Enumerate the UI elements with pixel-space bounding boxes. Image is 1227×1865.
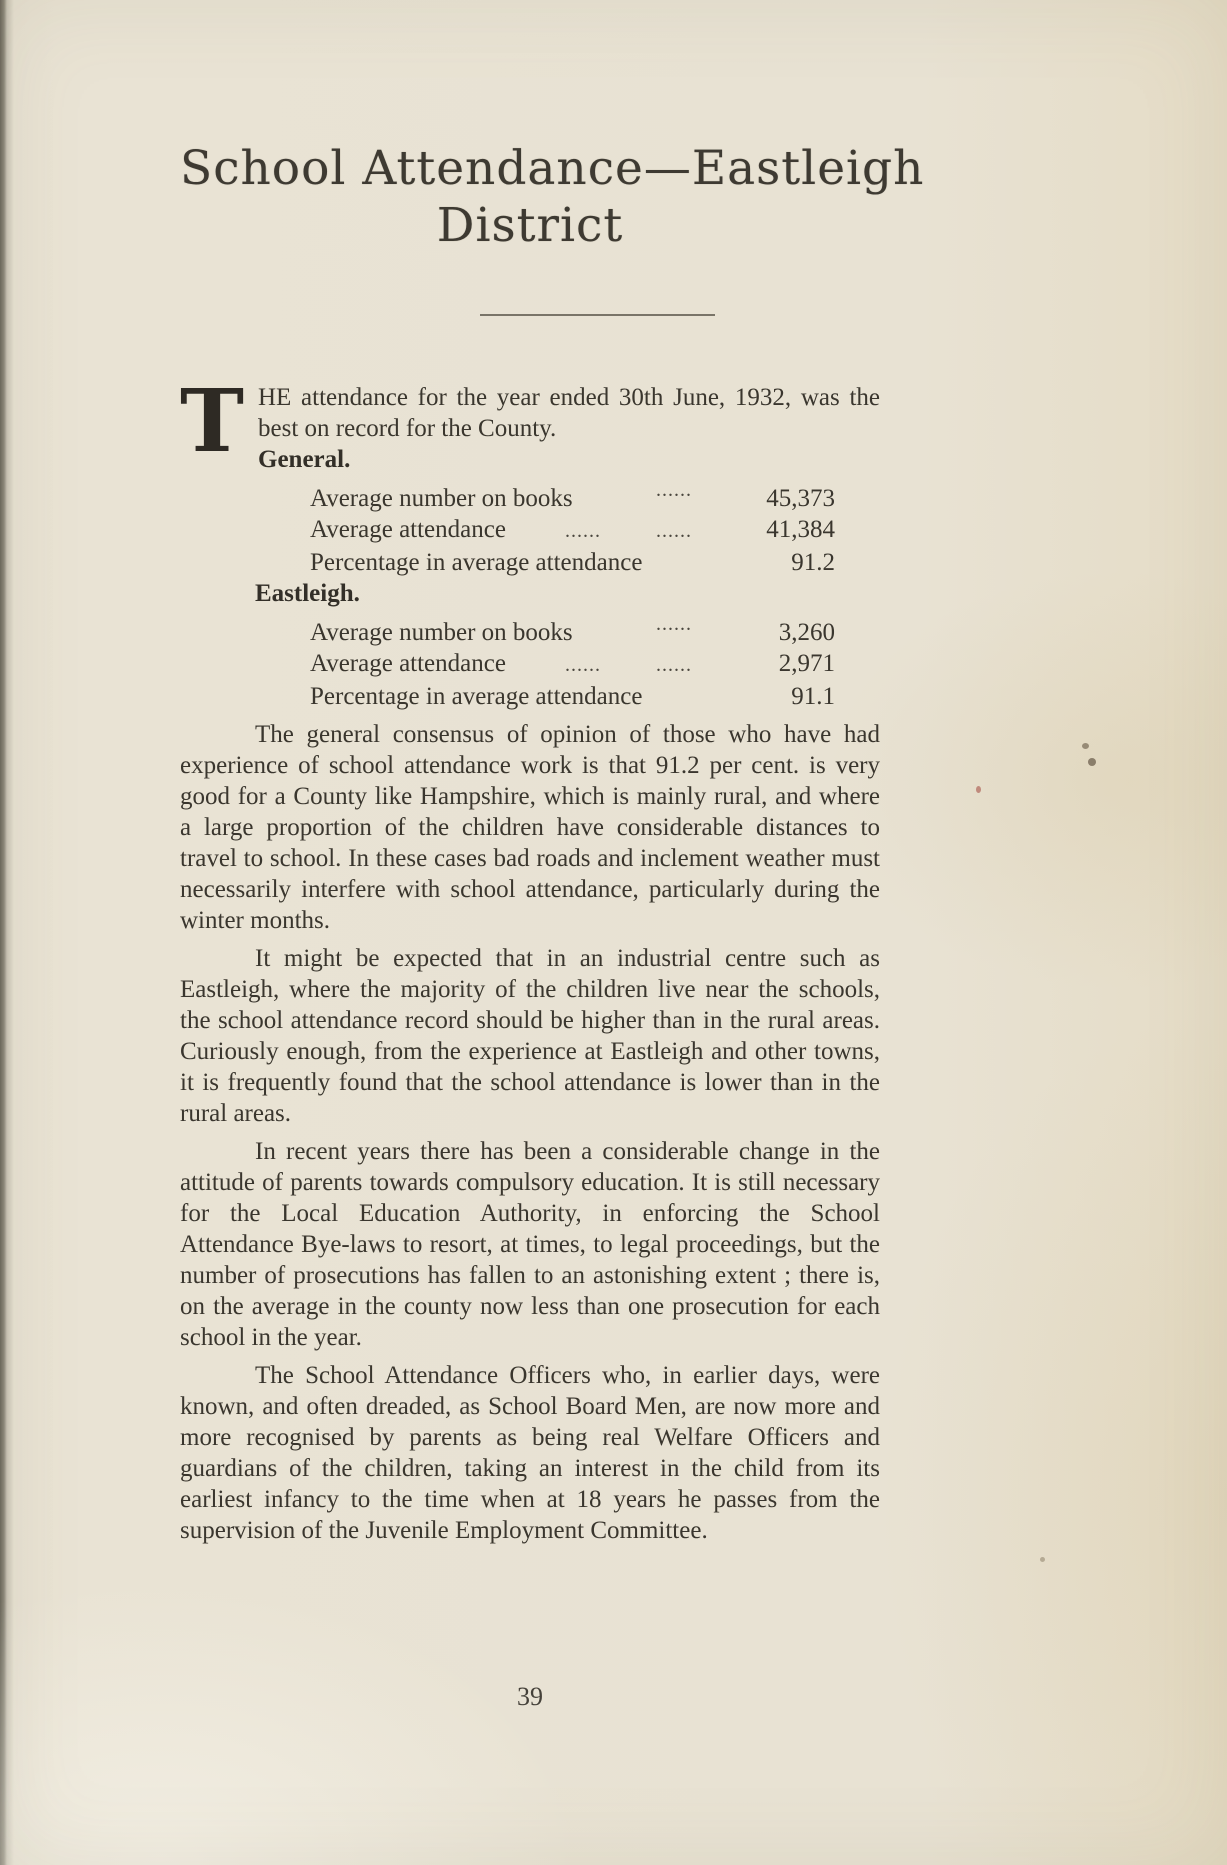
stats-section-general: General. Average number on books ...... … <box>180 444 880 578</box>
page-title-line1: School Attendance—Eastleigh <box>180 140 880 197</box>
stats-heading-eastleigh: Eastleigh. <box>180 578 880 609</box>
stat-label: Average number on books <box>310 617 573 648</box>
stat-label: Percentage in average attendance <box>310 547 642 578</box>
stat-value: 2,971 <box>710 648 835 679</box>
stat-row: Average attendance ............ 41,384 <box>180 514 880 547</box>
stat-value: 41,384 <box>710 514 835 545</box>
page-title-line2: District <box>180 197 880 254</box>
leader-dots: ...... <box>573 609 710 640</box>
stats-heading-general: General. <box>180 444 880 475</box>
body-text: THE attendance for the year ended 30th J… <box>180 382 880 1546</box>
page-number: 39 <box>180 1682 880 1712</box>
stat-value: 45,373 <box>710 483 835 514</box>
stat-label: Average attendance <box>310 514 506 545</box>
stats-section-eastleigh: Eastleigh. Average number on books .....… <box>180 578 880 712</box>
stat-label: Percentage in average attendance <box>310 681 642 712</box>
stat-row: Average number on books ...... 45,373 <box>180 475 880 514</box>
stat-label: Average attendance <box>310 648 506 679</box>
body-paragraph-3: In recent years there has been a conside… <box>180 1136 880 1353</box>
paper-stain <box>1040 1557 1045 1562</box>
stat-row: Average attendance ............ 2,971 <box>180 648 880 681</box>
leader-dots: ............ <box>506 650 710 681</box>
body-paragraph-2: It might be expected that in an industri… <box>180 943 880 1129</box>
paper-stain <box>1082 743 1089 749</box>
intro-paragraph-text: HE attendance for the year ended 30th Ju… <box>258 384 880 442</box>
stat-row: Percentage in average attendance 91.1 <box>180 681 880 712</box>
body-paragraph-4: The School Attendance Officers who, in e… <box>180 1360 880 1546</box>
stat-row: Percentage in average attendance 91.2 <box>180 547 880 578</box>
drop-cap: T <box>180 386 244 474</box>
paper-stain <box>976 786 981 793</box>
stat-label: Average number on books <box>310 483 573 514</box>
stat-row: Average number on books ...... 3,260 <box>180 609 880 648</box>
page-content-column: School Attendance—Eastleigh District THE… <box>180 0 880 1546</box>
page-title: School Attendance—Eastleigh District <box>180 0 880 316</box>
body-paragraph-1: The general consensus of opinion of thos… <box>180 719 880 936</box>
scanned-book-page: School Attendance—Eastleigh District THE… <box>0 0 1227 1865</box>
stat-value: 91.1 <box>710 681 835 712</box>
stat-value: 91.2 <box>710 547 835 578</box>
leader-dots: ...... <box>573 475 710 506</box>
title-divider-rule <box>480 314 715 316</box>
intro-paragraph: THE attendance for the year ended 30th J… <box>180 382 880 444</box>
leader-dots: ............ <box>506 516 710 547</box>
paper-stain <box>1088 758 1096 766</box>
stat-value: 3,260 <box>710 617 835 648</box>
